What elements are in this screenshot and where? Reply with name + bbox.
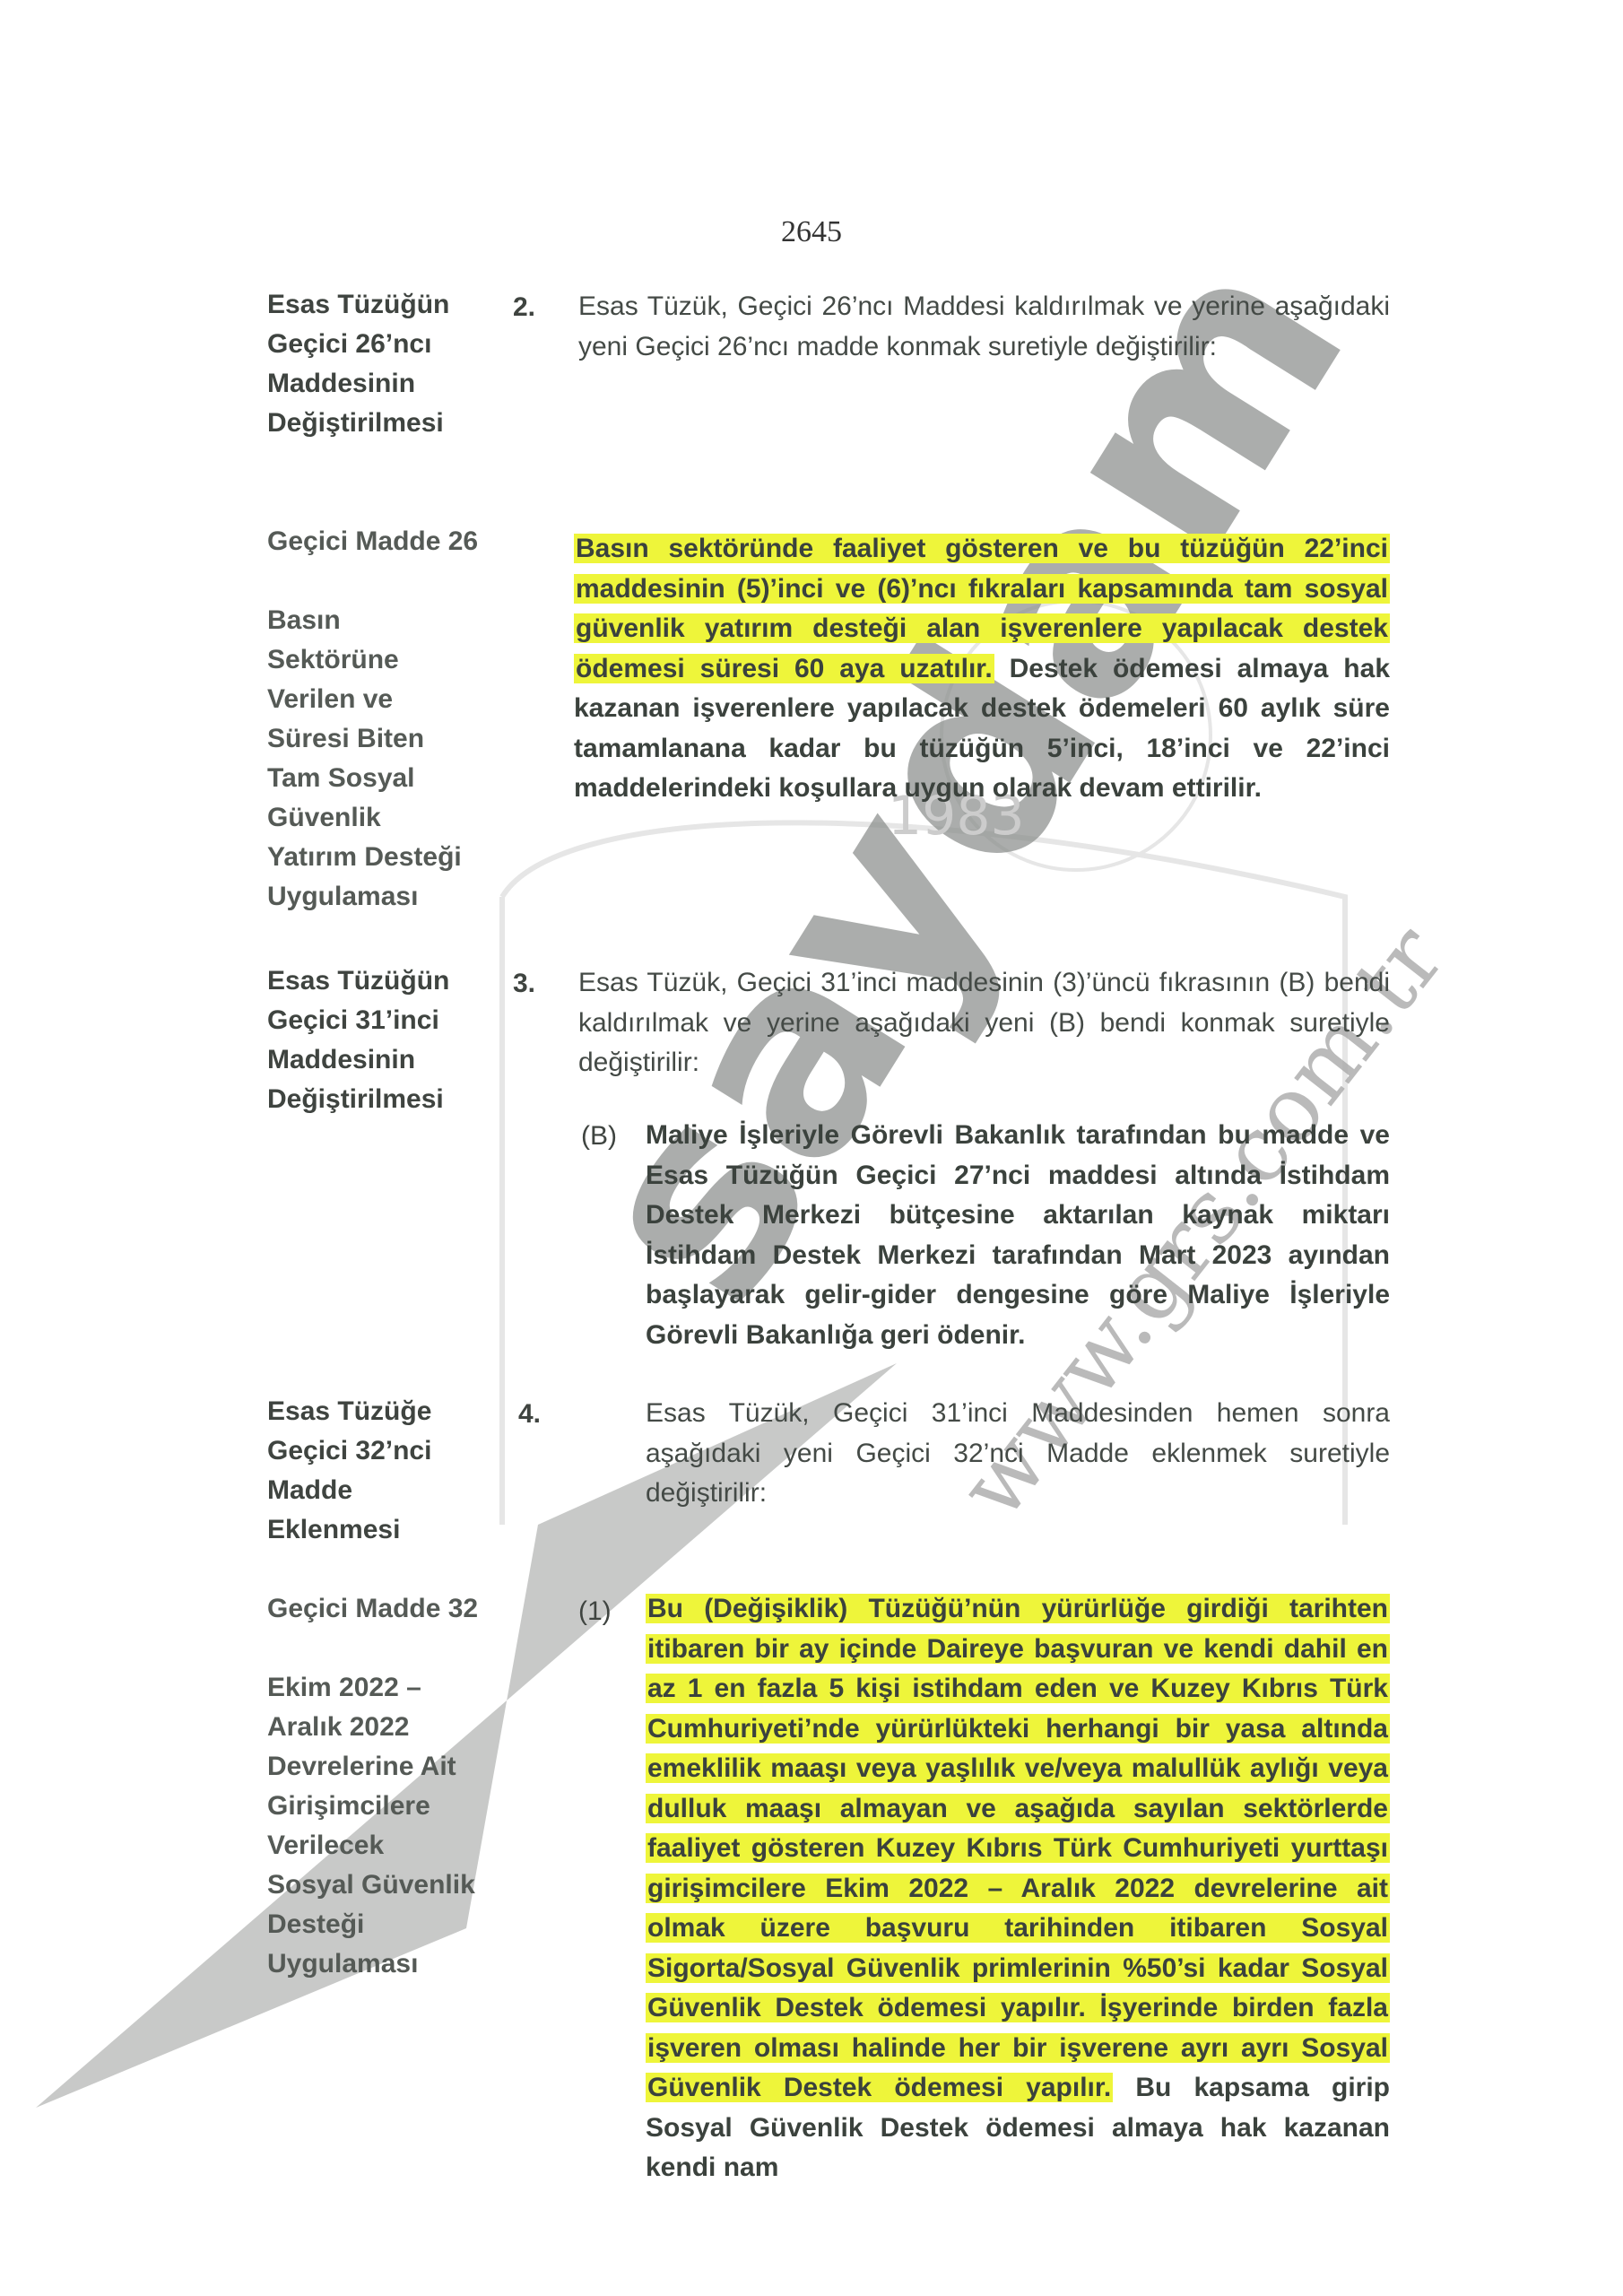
side-subtitle-line: Uygulaması	[267, 1944, 500, 1984]
side-title-line: Maddesinin	[267, 1040, 500, 1080]
paragraph-sub-b: Maliye İşleriyle Görevli Bakanlık tarafı…	[646, 1116, 1390, 1355]
side-subtitle-line: Süresi Biten	[267, 719, 500, 759]
side-subtitle-line: Yatırım Desteği	[267, 838, 500, 877]
side-title-line: Esas Tüzüğün	[267, 285, 500, 325]
paragraph-gecici-26: Basın sektöründe faaliyet gösteren ve bu…	[574, 529, 1390, 809]
paragraph-item-2: Esas Tüzük, Geçici 26’ncı Maddesi kaldır…	[578, 287, 1390, 367]
side-subtitle-line: Uygulaması	[267, 877, 500, 917]
page-number: 2645	[0, 215, 1623, 249]
side-title-sec2: Esas Tüzüğün Geçici 26’ncı Maddesinin De…	[267, 285, 500, 443]
side-title-line: Geçici 31’inci	[267, 1001, 500, 1040]
side-title-line: Değiştirilmesi	[267, 404, 500, 443]
side-subtitle-line: Verilecek	[267, 1826, 500, 1865]
side-subtitle-line: Güvenlik	[267, 798, 500, 838]
item-number: 4.	[518, 1399, 541, 1430]
side-subtitle-line: Devrelerine Ait	[267, 1747, 500, 1787]
side-title-line: Değiştirilmesi	[267, 1080, 500, 1119]
side-title-line: Geçici Madde 32	[267, 1589, 500, 1629]
side-title-line: Geçici 32’nci	[267, 1431, 500, 1471]
side-subtitle-line: Sosyal Güvenlik	[267, 1865, 500, 1905]
side-title-line: Maddesinin	[267, 364, 500, 404]
side-subtitle-line: Girişimcilere	[267, 1787, 500, 1826]
item-number: 2.	[513, 292, 535, 323]
side-subtitle-line: Desteği	[267, 1905, 500, 1944]
highlighted-text: Bu (Değişiklik) Tüzüğü’nün yürürlüğe gir…	[646, 1594, 1390, 2102]
side-title-gecici-26: Geçici Madde 26 Basın Sektörüne Verilen …	[267, 522, 500, 917]
paragraph-gecici-32: Bu (Değişiklik) Tüzüğü’nün yürürlüğe gir…	[646, 1589, 1390, 2188]
side-subtitle-line: Ekim 2022 –	[267, 1668, 500, 1708]
side-title-line: Geçici Madde 26	[267, 522, 500, 561]
side-title-line: Eklenmesi	[267, 1510, 500, 1550]
sub-item-label: (B)	[581, 1121, 617, 1152]
item-number: 3.	[513, 969, 535, 999]
side-subtitle-line: Tam Sosyal	[267, 759, 500, 798]
side-title-sec4: Esas Tüzüğe Geçici 32’nci Madde Eklenmes…	[267, 1392, 500, 1550]
sub-item-label: (1)	[578, 1596, 612, 1627]
side-subtitle-line: Verilen ve	[267, 680, 500, 719]
side-subtitle-line: Sektörüne	[267, 640, 500, 680]
side-subtitle-line: Basın	[267, 601, 500, 640]
side-title-line: Geçici 26’ncı	[267, 325, 500, 364]
side-title-line: Esas Tüzüğün	[267, 961, 500, 1001]
paragraph-item-3: Esas Tüzük, Geçici 31’inci maddesinin (3…	[578, 963, 1390, 1083]
side-title-sec3: Esas Tüzüğün Geçici 31’inci Maddesinin D…	[267, 961, 500, 1119]
paragraph-item-4: Esas Tüzük, Geçici 31’inci Maddesinden h…	[646, 1394, 1390, 1514]
side-title-line: Madde	[267, 1471, 500, 1510]
side-title-line: Esas Tüzüğe	[267, 1392, 500, 1431]
side-subtitle-line: Aralık 2022	[267, 1708, 500, 1747]
side-title-gecici-32: Geçici Madde 32 Ekim 2022 – Aralık 2022 …	[267, 1589, 500, 1984]
